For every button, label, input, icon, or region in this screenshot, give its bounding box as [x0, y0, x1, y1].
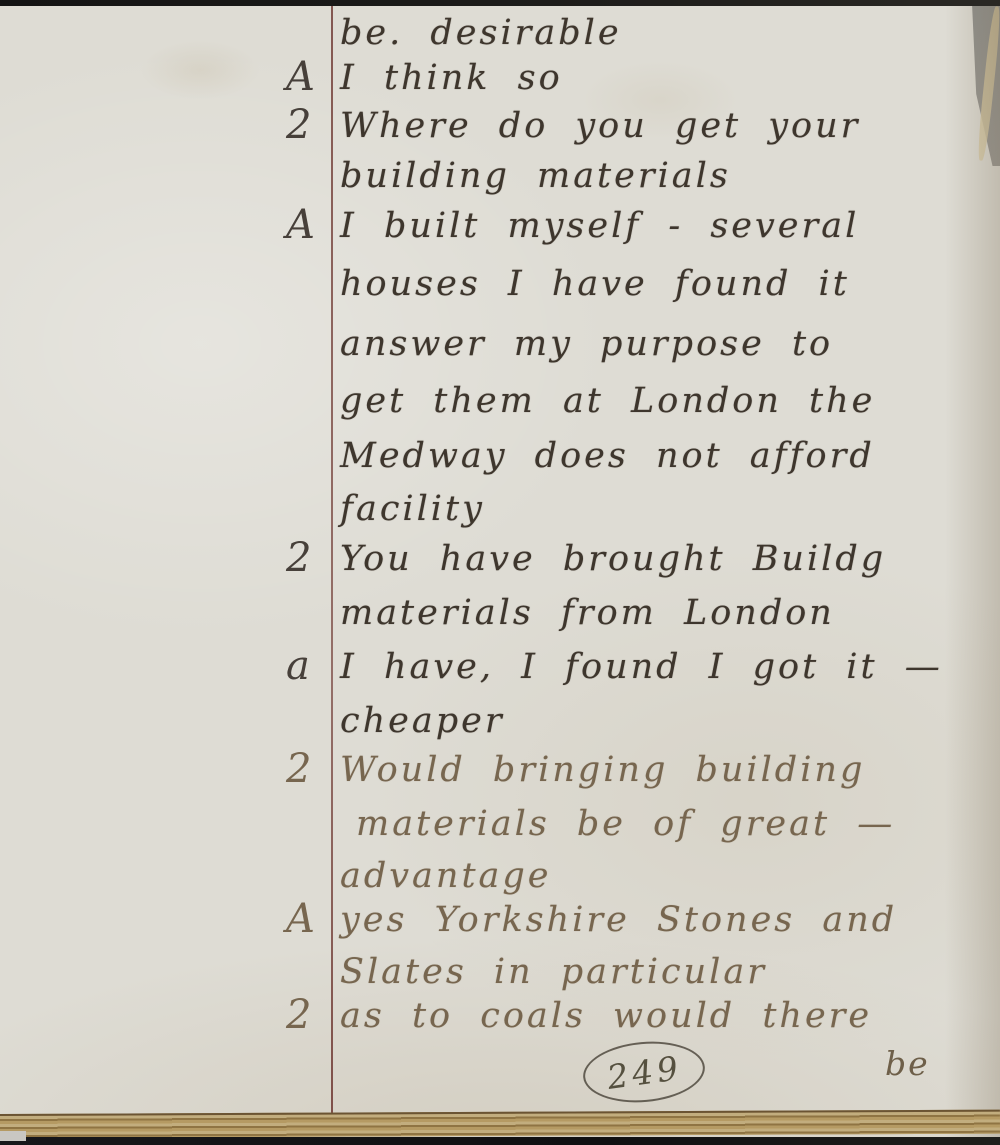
line-text: answer my purpose to [340, 321, 982, 367]
book-page-edges-bottom [0, 1110, 1000, 1138]
line-text: advantage [340, 853, 982, 899]
qa-marker: A [278, 203, 340, 247]
manuscript-line: materials from London [278, 590, 982, 636]
paper-stain [140, 40, 260, 100]
line-text: materials be of great — [340, 801, 982, 847]
line-text: You have brought Buildg [340, 536, 982, 582]
qa-marker: A [278, 55, 340, 99]
manuscript-line: advantage [278, 853, 982, 899]
scan-border-bottom [0, 1137, 1000, 1145]
manuscript-line: 2Where do you get your [278, 103, 982, 149]
line-text: I built myself - several [340, 203, 982, 249]
manuscript-line: 2Would bringing building [278, 747, 982, 793]
scan-border-top [0, 0, 1000, 6]
manuscript-page: be. desirable AI think so 2Where do you … [0, 0, 1000, 1145]
line-text: Would bringing building [340, 747, 982, 793]
manuscript-line: cheaper [278, 698, 982, 744]
page-corner-bottom-left [0, 1131, 26, 1141]
line-text: Medway does not afford [340, 433, 982, 479]
line-text: facility [340, 486, 982, 532]
manuscript-line: facility [278, 486, 982, 532]
manuscript-line: AI think so [278, 55, 982, 101]
manuscript-line: Ayes Yorkshire Stones and [278, 897, 982, 943]
manuscript-line: materials be of great — [278, 801, 982, 847]
line-text: yes Yorkshire Stones and [340, 897, 982, 943]
manuscript-line: 2as to coals would there [278, 993, 982, 1039]
qa-marker: 2 [278, 993, 340, 1037]
manuscript-line: Medway does not afford [278, 433, 982, 479]
qa-marker: a [278, 644, 340, 688]
line-text: get them at London the [340, 378, 982, 424]
line-text: as to coals would there [340, 993, 982, 1039]
manuscript-line: Slates in particular [278, 949, 982, 995]
line-text: Where do you get your [340, 103, 982, 149]
page-number-oval: 249 [581, 1037, 708, 1107]
manuscript-line: houses I have found it [278, 261, 982, 307]
qa-marker: 2 [278, 536, 340, 580]
line-text: be. desirable [340, 10, 982, 56]
manuscript-line: aI have, I found I got it — [278, 644, 982, 690]
line-text: I have, I found I got it — [340, 644, 982, 690]
line-text: houses I have found it [340, 261, 982, 307]
manuscript-line: building materials [278, 153, 982, 199]
line-text: cheaper [340, 698, 982, 744]
manuscript-line: AI built myself - several [278, 203, 982, 249]
qa-marker: 2 [278, 747, 340, 791]
line-text: building materials [340, 153, 982, 199]
manuscript-line: get them at London the [278, 378, 982, 424]
line-text: I think so [340, 55, 982, 101]
manuscript-line: answer my purpose to [278, 321, 982, 367]
page-number: 249 [604, 1047, 684, 1096]
manuscript-line: 2You have brought Buildg [278, 536, 982, 582]
line-text: materials from London [340, 590, 982, 636]
line-text: Slates in particular [340, 949, 982, 995]
manuscript-line: be. desirable [278, 10, 982, 56]
qa-marker: A [278, 897, 340, 941]
qa-marker: 2 [278, 103, 340, 147]
catchword: be [885, 1044, 930, 1083]
